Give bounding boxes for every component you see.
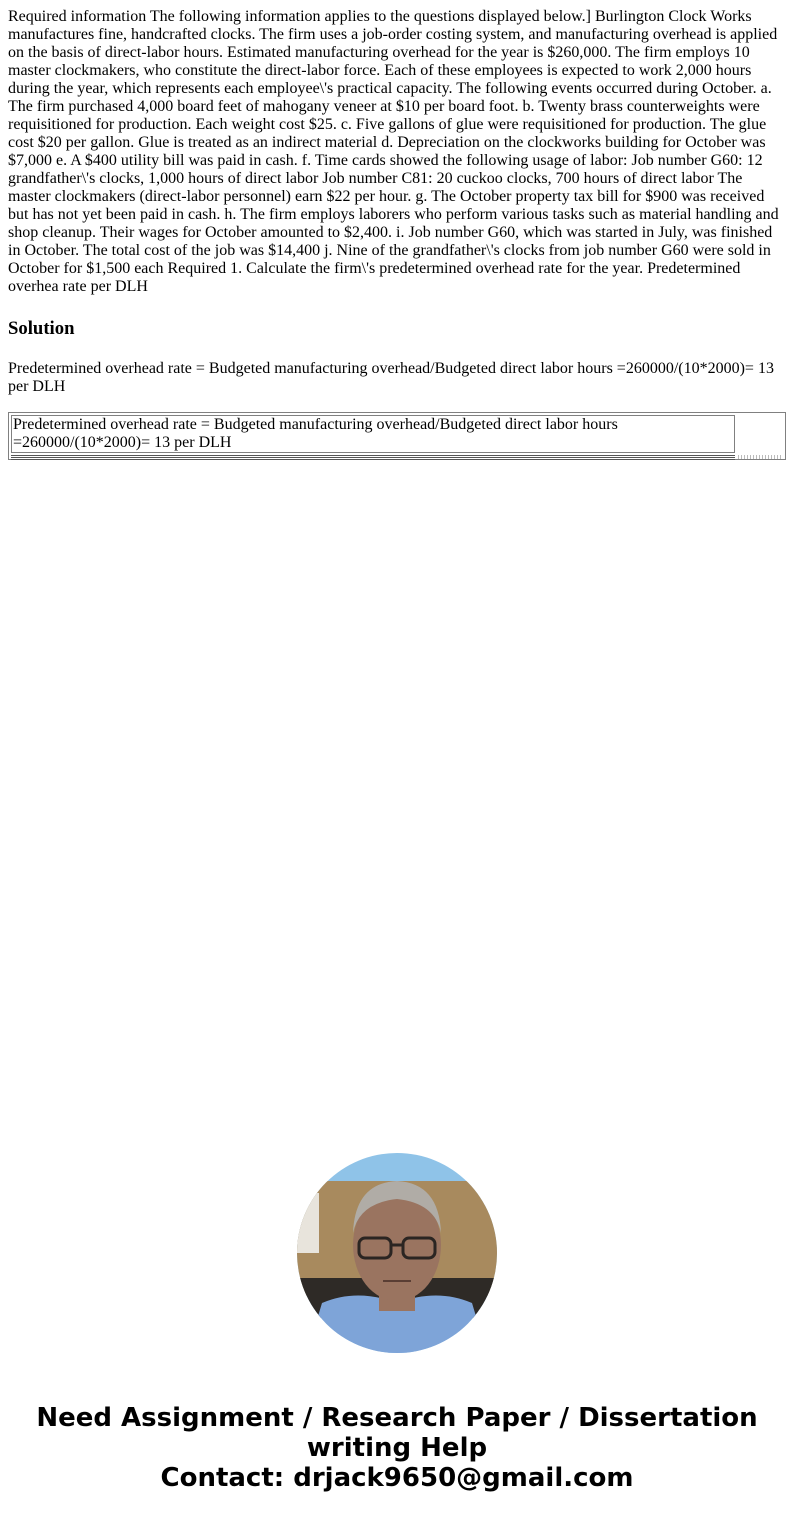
table-empty-row-rules	[11, 455, 735, 461]
footer-line-1: Need Assignment / Research Paper / Disse…	[0, 1403, 794, 1433]
question-text: Required information The following infor…	[8, 8, 786, 296]
solution-text: Predetermined overhead rate = Budgeted m…	[8, 360, 786, 396]
solution-table-cell: Predetermined overhead rate = Budgeted m…	[11, 415, 735, 453]
contact-footer: Need Assignment / Research Paper / Disse…	[0, 1403, 794, 1493]
person-photo-icon	[297, 1153, 497, 1353]
table-empty-cell	[737, 455, 783, 459]
footer-contact-email: Contact: drjack9650@gmail.com	[0, 1463, 794, 1493]
footer-line-2: writing Help	[0, 1433, 794, 1463]
page-content: Required information The following infor…	[0, 0, 794, 460]
solution-table: Predetermined overhead rate = Budgeted m…	[8, 412, 786, 460]
solution-heading: Solution	[8, 318, 786, 340]
avatar	[297, 1153, 497, 1353]
